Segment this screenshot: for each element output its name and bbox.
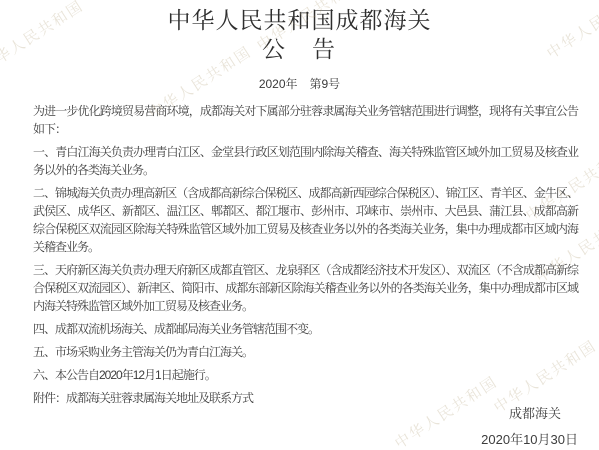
document-number: 2020年 第9号 — [0, 75, 599, 92]
document-paragraph: 四、成都双流机场海关、成都邮局海关业务管辖范围不变。 — [33, 320, 578, 338]
document-paragraph: 六、本公告自2020年12月1日起施行。 — [33, 366, 578, 384]
document-paragraph: 三、天府新区海关负责办理天府新区成都直管区、龙泉驿区（含成都经济技术开发区）、双… — [33, 261, 578, 315]
document-title: 中华人民共和国成都海关 — [0, 8, 599, 35]
document-paragraph: 一、青白江海关负责办理青白江区、金堂县行政区划范围内除海关稽查、海关特殊监管区域… — [33, 143, 578, 179]
document-subtitle: 公 告 — [0, 38, 599, 63]
document-paragraph: 为进一步优化跨境贸易营商环境，成都海关对下属部分驻蓉隶属海关业务管辖范围进行调整… — [33, 102, 578, 138]
signature: 成都海关 — [509, 403, 561, 422]
document-paragraph: 五、市场采购业务主管海关仍为青白江海关。 — [33, 343, 578, 361]
signature-date: 2020年10月30日 — [481, 429, 578, 448]
document-body: 为进一步优化跨境贸易营商环境，成都海关对下属部分驻蓉隶属海关业务管辖范围进行调整… — [33, 102, 578, 407]
document-paragraph: 附件：成都海关驻蓉隶属海关地址及联系方式 — [33, 389, 578, 407]
document-paragraph: 二、锦城海关负责办理高新区（含成都高新综合保税区、成都高新西园综合保税区）、锦江… — [33, 184, 578, 256]
announcement-document: 中华人民共和国 中华人民共和国 中华人民共和国 中华人民共和国 中华人民共和国 … — [0, 0, 599, 450]
